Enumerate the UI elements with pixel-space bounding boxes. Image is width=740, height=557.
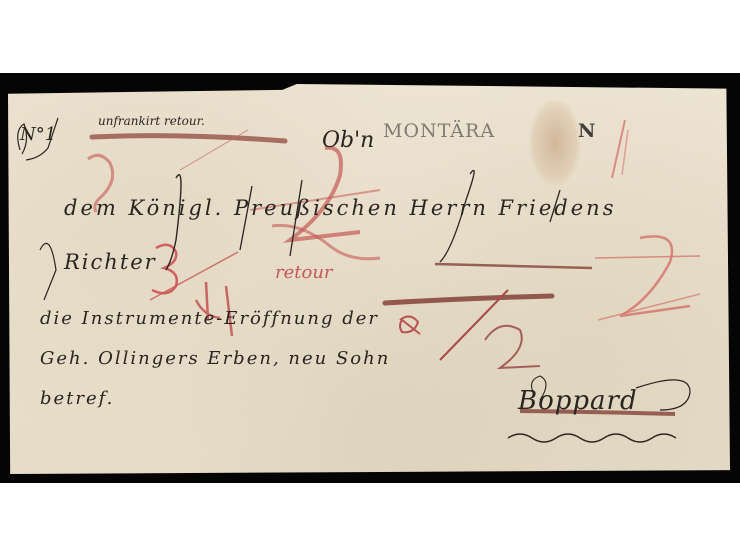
return-note: unfrankirt retour.: [98, 114, 205, 128]
address-line-3: die Instrumente-Eröffnung der: [40, 308, 379, 329]
handwriting-layer: [0, 0, 740, 557]
address-line-1: dem Königl. Preußischen Herrn Friedens: [64, 196, 616, 220]
destination-town: Boppard: [518, 386, 638, 416]
retour-mark: retour: [275, 262, 333, 283]
address-line-5: betref.: [40, 388, 114, 409]
address-line-4: Geh. Ollingers Erben, neu Sohn: [40, 348, 390, 369]
number-mark: N°1: [20, 124, 56, 145]
address-salutation: Ob'n: [322, 128, 374, 153]
address-line-2: Richter: [64, 250, 157, 274]
